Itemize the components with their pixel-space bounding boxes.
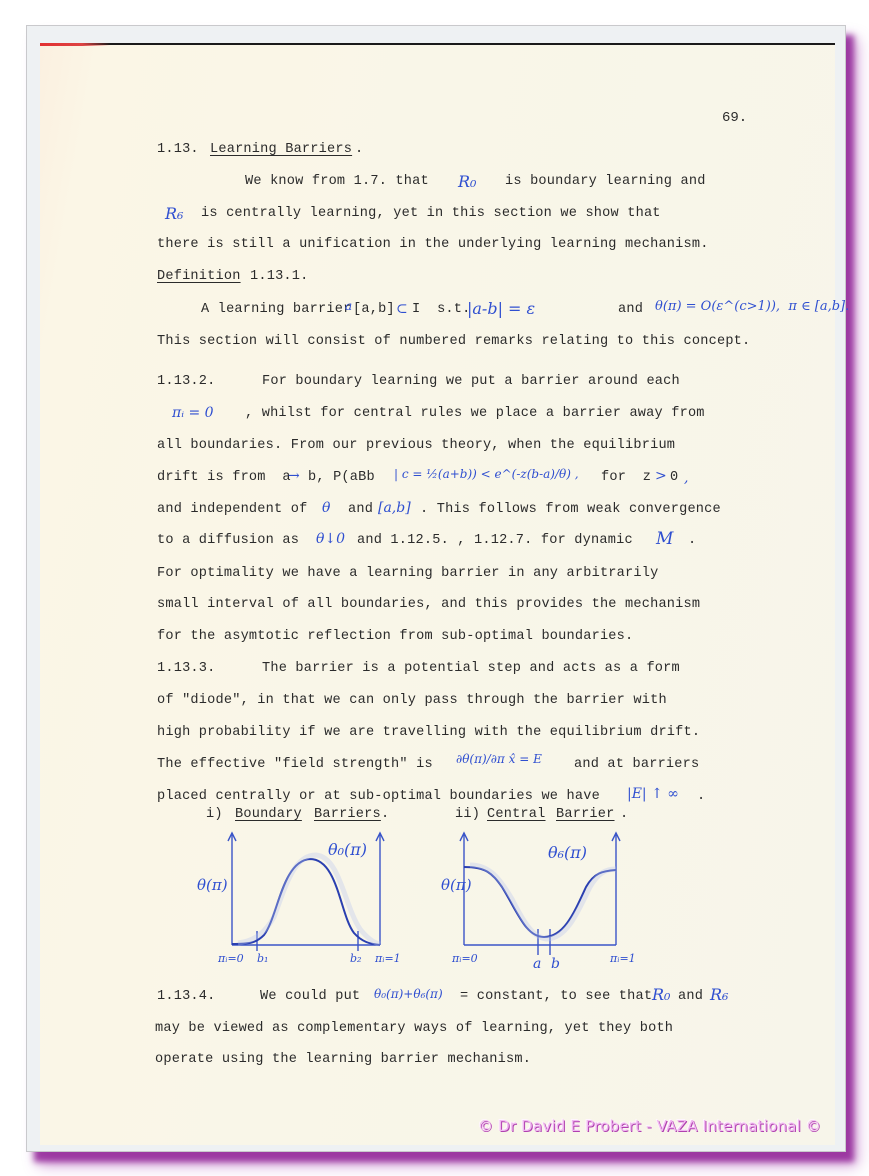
figure-2-x-left-label: πᵢ=0 <box>452 952 478 965</box>
figure-1-curve-label: θ₀(π) <box>328 840 367 859</box>
handwritten-R6: R₆ <box>165 204 183 223</box>
remark-2-line-1: For boundary learning we put a barrier a… <box>262 374 680 389</box>
handwritten-R6-second: R₆ <box>710 985 728 1004</box>
curve-theta6 <box>464 867 616 937</box>
figure-2-title-period: . <box>620 807 628 822</box>
remark-4-line-2: may be viewed as complementary ways of l… <box>155 1021 673 1036</box>
remark-3-line-5a: placed centrally or at sub-optimal bound… <box>157 789 600 804</box>
remark-2-line-6b: and 1.12.5. , 1.12.7. for dynamic <box>357 533 633 548</box>
figure-2-y-label: θ(π) <box>441 876 472 894</box>
remark-2-line-9: for the asymtotic reflection from sub-op… <box>157 629 633 644</box>
handwritten-probability-bound: | c = ½(a+b)) < e^(-z(b-a)/θ) , <box>394 467 579 481</box>
definition-and: and <box>618 302 643 317</box>
figure-1-title-word1: Boundary <box>235 807 302 822</box>
remark-3-line-3: high probability if we are travelling wi… <box>157 725 700 740</box>
figure-1-marker1-label: b₁ <box>257 952 268 965</box>
handwritten-theta-to-zero: θ↓0 <box>316 531 345 547</box>
remark-3-line-5b: . <box>697 789 705 804</box>
remark-2-number: 1.13.2. <box>157 374 216 389</box>
remark-3-number: 1.13.3. <box>157 661 216 676</box>
figure-1-y-label: θ(π) <box>197 876 228 894</box>
handwritten-field-strength: ∂θ(π)/∂π x̂ = E <box>456 752 542 766</box>
remark-2-line-6a: to a diffusion as <box>157 533 299 548</box>
remark-2-line-5a: and independent of <box>157 502 307 517</box>
figure-2-title-word1: Central <box>487 807 546 822</box>
figure-2-x-right-label: πᵢ=1 <box>610 952 636 965</box>
section-title: Learning Barriers <box>210 142 352 157</box>
remark-2-line-4c: for z <box>601 470 651 485</box>
handwritten-arrow: → <box>288 468 300 484</box>
handwritten-M: M <box>656 529 673 549</box>
remark-2-line-8: small interval of all boundaries, and th… <box>157 597 700 612</box>
remark-2-line-2: , whilst for central rules we place a ba… <box>245 406 705 421</box>
figure-2-marker-b-label: b <box>551 956 560 972</box>
page-number: 69. <box>722 110 747 126</box>
section-number: 1.13. <box>157 142 199 157</box>
remark-4-line-1a: We could put <box>260 989 360 1004</box>
figure-2-prefix: ii) <box>455 807 480 822</box>
intro-line-1a: We know from 1.7. that <box>245 174 429 189</box>
definition-number: 1.13.1. <box>250 269 309 284</box>
figure-2-title-word2: Barrier <box>556 807 615 822</box>
remark-4-line-3: operate using the learning barrier mecha… <box>155 1052 531 1067</box>
handwritten-underline-a: a <box>345 299 352 313</box>
handwritten-greater-than: > <box>655 468 667 484</box>
handwritten-theta: θ <box>322 500 330 516</box>
definition-line-1c: I s.t. <box>412 302 471 317</box>
definition-line-2: This section will consist of numbered re… <box>157 334 750 349</box>
remark-2-line-4d: 0 <box>670 470 678 485</box>
intro-line-3: there is still a unification in the unde… <box>157 237 709 252</box>
figure-1-x-right-label: πᵢ=1 <box>375 952 401 965</box>
handwritten-pi-zero: πᵢ = 0 <box>172 405 214 421</box>
handwritten-comma: , <box>684 470 688 486</box>
handwritten-interval: [a,b] <box>378 500 411 516</box>
copyright-watermark: © Dr David E Probert - VAZA Internationa… <box>478 1117 821 1135</box>
intro-line-1b: is boundary learning and <box>505 174 706 189</box>
handwritten-theta-sum: θ₀(π)+θ₆(π) <box>374 987 443 1001</box>
figure-2-marker-a-label: a <box>533 956 541 972</box>
remark-2-line-6c: . <box>688 533 696 548</box>
figure-1-marker2-label: b₂ <box>350 952 361 965</box>
remark-3-line-4b: and at barriers <box>574 757 699 772</box>
definition-label: Definition <box>157 269 241 284</box>
section-title-period: . <box>355 142 363 157</box>
figure-1-x-left-label: πᵢ=0 <box>218 952 244 965</box>
remark-3-line-1: The barrier is a potential step and acts… <box>262 661 680 676</box>
handwritten-R0-second: R₀ <box>652 985 670 1004</box>
intro-line-2: is centrally learning, yet in this secti… <box>201 206 661 221</box>
remark-2-line-4b: b, P(aBb <box>308 470 375 485</box>
remark-3-line-4a: The effective "field strength" is <box>157 757 433 772</box>
definition-line-1a: A learning barrier <box>201 302 351 317</box>
remark-2-line-5b: and <box>348 502 373 517</box>
handwritten-E-infinity: |E| ↑ ∞ <box>627 786 679 802</box>
figure-2-curve-label: θ₆(π) <box>548 843 587 862</box>
remark-4-number: 1.13.4. <box>157 989 216 1004</box>
definition-interval: [a,b] <box>353 302 395 317</box>
remark-4-and: and <box>678 989 703 1004</box>
remark-2-line-3: all boundaries. From our previous theory… <box>157 438 675 453</box>
handwritten-subset: ⊂ <box>396 301 408 317</box>
handwritten-R0: R₀ <box>458 172 476 191</box>
remark-3-line-2: of "diode", in that we can only pass thr… <box>157 693 667 708</box>
figure-1-prefix: i) <box>206 807 223 822</box>
remark-2-line-7: For optimality we have a learning barrie… <box>157 566 658 581</box>
remark-2-line-5c: . This follows from weak convergence <box>420 502 721 517</box>
handwritten-theta-order: θ(π) = O(ε^(c>1)), π ∈ [a,b]. <box>655 299 849 314</box>
remark-4-line-1b: = constant, to see that <box>460 989 652 1004</box>
handwritten-epsilon-width: |a-b| = ε <box>467 299 535 318</box>
remark-2-line-4a: drift is from a <box>157 470 291 485</box>
figure-1-title-period: . <box>381 807 389 822</box>
figure-1-title-word2: Barriers <box>314 807 381 822</box>
